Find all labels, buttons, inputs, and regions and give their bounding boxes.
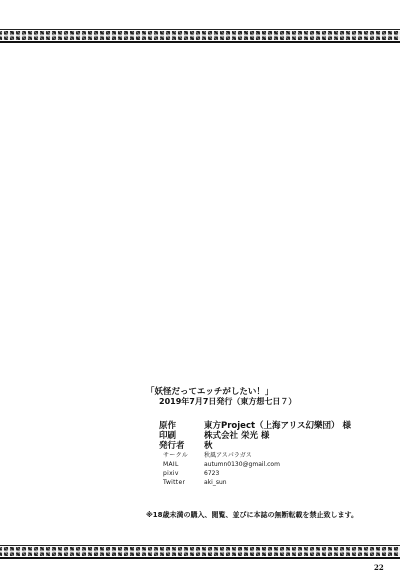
book-title: 「妖怪だってエッチがしたい！」 bbox=[146, 387, 366, 397]
row-printer: 印刷 株式会社 栄光 様 bbox=[159, 431, 366, 441]
row-publisher: 発行者 秋 bbox=[159, 441, 366, 451]
value: 秋風アスパラガス bbox=[204, 451, 252, 460]
lace-pattern bbox=[0, 31, 400, 40]
page-number: 22 bbox=[374, 563, 384, 572]
value: 秋 bbox=[204, 441, 213, 451]
age-restriction-notice: ※18歳未満の購入、閲覧、並びに本誌の無断転載を禁止致します。 bbox=[146, 510, 358, 520]
value: 6723 bbox=[204, 469, 219, 478]
label: サークル bbox=[159, 451, 204, 460]
label: 印刷 bbox=[159, 431, 204, 441]
border-rule bbox=[0, 29, 400, 30]
row-mail: MAIL autumn0130@gmail.com bbox=[159, 460, 366, 469]
label: 原作 bbox=[159, 421, 204, 431]
value: autumn0130@gmail.com bbox=[204, 460, 280, 469]
row-circle: サークル 秋風アスパラガス bbox=[159, 451, 366, 460]
top-ornamental-border bbox=[0, 29, 400, 43]
border-rule bbox=[0, 557, 400, 559]
colophon: 「妖怪だってエッチがしたい！」 2019年7月7日発行（東方想七日７） 原作 東… bbox=[146, 387, 366, 487]
publication-date: 2019年7月7日発行（東方想七日７） bbox=[159, 397, 366, 407]
lace-pattern bbox=[0, 547, 400, 556]
value: 株式会社 栄光 様 bbox=[204, 431, 269, 441]
row-pixiv: pixiv 6723 bbox=[159, 469, 366, 478]
border-rule bbox=[0, 545, 400, 546]
row-twitter: Twitter aki_sun bbox=[159, 478, 366, 487]
label: pixiv bbox=[159, 469, 204, 478]
value: 東方Project（上海アリス幻樂団） 様 bbox=[204, 421, 351, 431]
value: aki_sun bbox=[204, 478, 227, 487]
label: MAIL bbox=[159, 460, 204, 469]
border-rule bbox=[0, 41, 400, 43]
colophon-info: 原作 東方Project（上海アリス幻樂団） 様 印刷 株式会社 栄光 様 発行… bbox=[159, 421, 366, 487]
row-original-work: 原作 東方Project（上海アリス幻樂団） 様 bbox=[159, 421, 366, 431]
bottom-ornamental-border bbox=[0, 545, 400, 559]
label: 発行者 bbox=[159, 441, 204, 451]
label: Twitter bbox=[159, 478, 204, 487]
